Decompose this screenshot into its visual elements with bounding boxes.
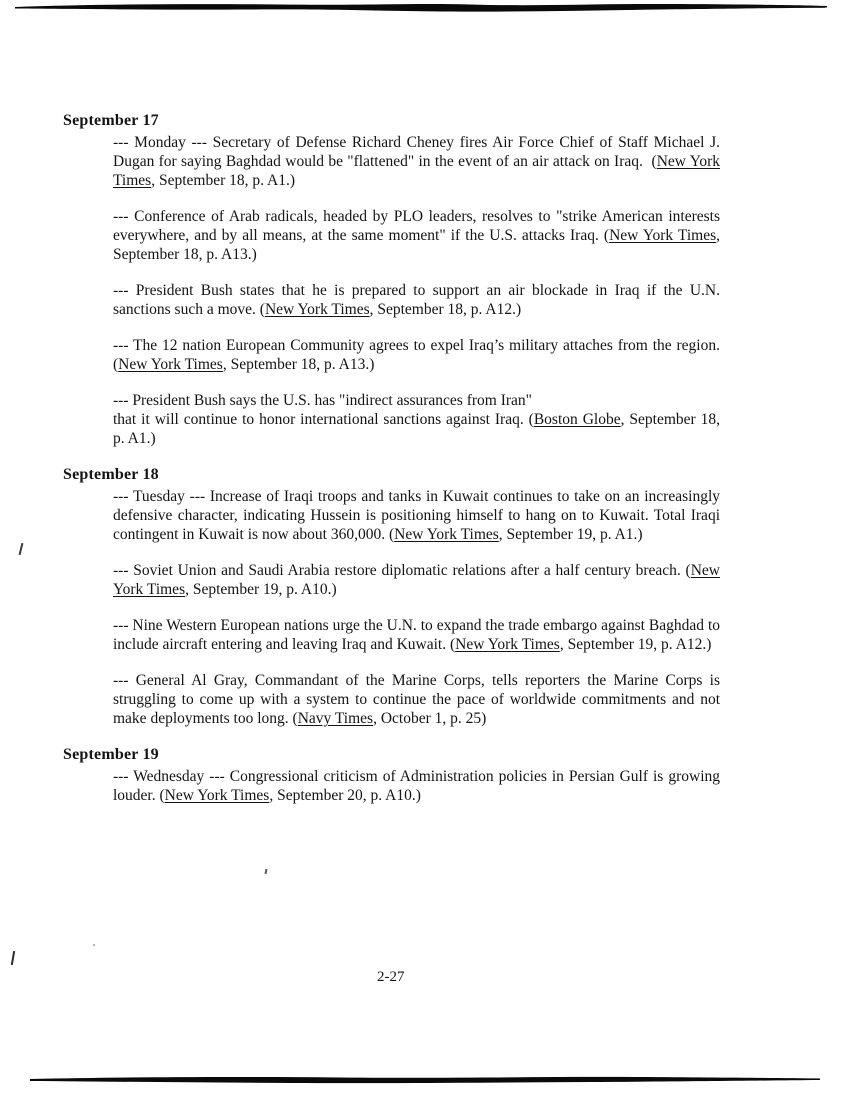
- scan-artifact-dot: [93, 944, 95, 946]
- entry-text: , September 18, p. A13.): [223, 356, 375, 373]
- entry-text: --- President Bush says the U.S. has "in…: [113, 392, 532, 409]
- scan-artifact-dot: [265, 869, 268, 874]
- scanned-document-page: September 17--- Monday --- Secretary of …: [0, 0, 850, 1093]
- chronology-entry: --- The 12 nation European Community agr…: [113, 336, 720, 374]
- source-citation: New York Times: [455, 636, 560, 653]
- scan-edge-top-bar: [0, 0, 850, 18]
- entry-text: --- Soviet Union and Saudi Arabia restor…: [113, 562, 691, 579]
- source-citation: Navy Times: [298, 710, 373, 727]
- chronology-entry: --- Tuesday --- Increase of Iraqi troops…: [113, 487, 720, 544]
- chronology-entry: --- Nine Western European nations urge t…: [113, 616, 720, 654]
- chronology-section: September 19--- Wednesday --- Congressio…: [63, 745, 721, 805]
- source-citation: New York Times: [165, 787, 270, 804]
- chronology-entry: --- Monday --- Secretary of Defense Rich…: [113, 133, 720, 190]
- chronology-section: September 17--- Monday --- Secretary of …: [63, 111, 721, 448]
- date-heading: September 19: [63, 745, 721, 765]
- chronology-entry: --- Wednesday --- Congressional criticis…: [113, 767, 720, 805]
- entry-text: , September 18, p. A1.): [151, 172, 295, 189]
- source-citation: New York Times: [265, 301, 370, 318]
- entry-text: , October 1, p. 25): [373, 710, 486, 727]
- chronology-entry: --- Soviet Union and Saudi Arabia restor…: [113, 561, 720, 599]
- entry-text: , September 18, p. A12.): [370, 301, 522, 318]
- chronology-entry: --- Conference of Arab radicals, headed …: [113, 207, 720, 264]
- entry-text: , September 19, p. A1.): [499, 526, 643, 543]
- chronology-section: September 18--- Tuesday --- Increase of …: [63, 465, 721, 728]
- document-body: September 17--- Monday --- Secretary of …: [63, 111, 721, 822]
- source-citation: New York Times: [609, 227, 716, 244]
- entry-text: that it will continue to honor internati…: [113, 411, 534, 428]
- scan-artifact-mark: [11, 951, 15, 965]
- entry-text: , September 20, p. A10.): [269, 787, 421, 804]
- date-heading: September 18: [63, 465, 721, 485]
- page-number: 2-27: [377, 968, 405, 986]
- scan-artifact-mark: [19, 543, 24, 555]
- date-heading: September 17: [63, 111, 721, 131]
- chronology-entry: --- President Bush states that he is pre…: [113, 281, 720, 319]
- source-citation: Boston Globe: [534, 411, 621, 428]
- source-citation: New York Times: [118, 356, 223, 373]
- scan-edge-bottom-bar: [0, 1072, 850, 1088]
- chronology-entry: --- President Bush says the U.S. has "in…: [113, 391, 720, 448]
- entry-text: , September 19, p. A10.): [185, 581, 337, 598]
- chronology-entry: --- General Al Gray, Commandant of the M…: [113, 671, 720, 728]
- entry-text: --- Monday --- Secretary of Defense Rich…: [113, 134, 720, 170]
- source-citation: New York Times: [394, 526, 499, 543]
- entry-text: , September 19, p. A12.): [560, 636, 712, 653]
